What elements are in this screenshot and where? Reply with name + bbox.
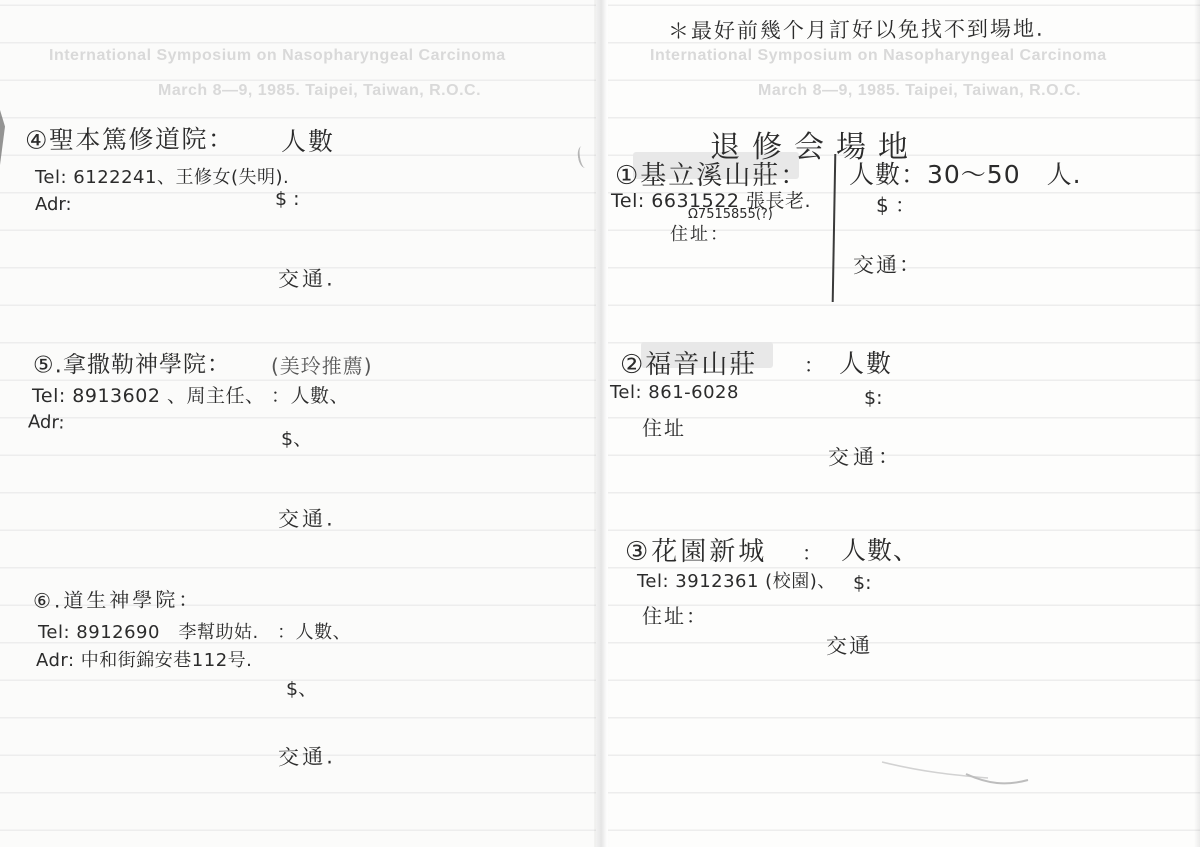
venue-5-fee-label: $、 xyxy=(281,424,312,451)
venue-2-name: ②福音山莊 xyxy=(620,344,757,381)
venue-1-capacity: 人數：30～50 人. xyxy=(849,155,1082,191)
venue-4-people-label: 人數 xyxy=(281,122,335,158)
venue-6-address: Adr: 中和街錦安巷112号. xyxy=(36,646,252,672)
letterhead-title-right: International Symposium on Nasopharyngea… xyxy=(650,47,1107,65)
venue-5-title: ⑤.拿撒勒神學院： xyxy=(33,345,231,379)
venue-5-address-label: Adr: xyxy=(28,411,65,433)
venue-3-address-label: 住址： xyxy=(642,600,708,629)
venue-5-transport-label: 交通. xyxy=(278,502,336,533)
venue-4-address-label: Adr: xyxy=(35,194,72,215)
venue-6-tel: Tel: 8912690 李幫助姑. ：人數、 xyxy=(38,618,351,644)
venue-4-title: ④聖本篤修道院： xyxy=(25,119,235,156)
venue-3-tel: Tel: 3912361 (校園)、 xyxy=(637,567,836,593)
venue-2-people-label: 人數 xyxy=(839,344,893,380)
venue-1-fee-label: $ ： xyxy=(876,189,915,218)
letterhead-date-left: March 8—9, 1985. Taipei, Taiwan, R.O.C. xyxy=(158,82,481,100)
venue-6-title: ⑥.道生神學院： xyxy=(33,583,202,613)
venue-2-fee-label: $: xyxy=(864,387,883,409)
venue-2-tel: Tel: 861-6028 xyxy=(610,382,739,403)
venue-3-fee-label: $: xyxy=(853,572,872,594)
venue-4-fee-label: $ : xyxy=(275,188,300,210)
venue-3-name: ③花園新城 xyxy=(625,531,767,568)
page-right-edge-shadow xyxy=(1194,0,1200,847)
venue-6-fee-label: $、 xyxy=(286,674,317,701)
venue-3-people-label: 人數、 xyxy=(841,531,919,567)
letterhead-date-right: March 8—9, 1985. Taipei, Taiwan, R.O.C. xyxy=(758,82,1081,100)
venue-1-transport-label: 交通： xyxy=(853,248,923,279)
venue-1-address-label: 住址： xyxy=(670,220,730,246)
venue-2-address-label: 住址 xyxy=(642,412,686,441)
venue-2-colon: ： xyxy=(804,349,824,378)
venue-4-tel: Tel: 6122241、王修女(失明). xyxy=(35,163,289,189)
venue-2-transport-label: 交通： xyxy=(828,440,904,471)
venue-6-transport-label: 交通. xyxy=(278,740,336,771)
venue-3-transport-label: 交通 xyxy=(826,629,873,660)
venue-5-recommendation-note: (美玲推薦) xyxy=(271,350,373,379)
booking-reminder-note: ＊最好前幾个月訂好以免找不到場地. xyxy=(668,13,1045,46)
letterhead-title-left: International Symposium on Nasopharyngea… xyxy=(49,47,506,65)
pen-scratch-mark xyxy=(878,742,1108,792)
venue-5-tel: Tel: 8913602 、周主任、 ：人數、 xyxy=(32,381,349,408)
page-gutter xyxy=(594,0,610,847)
venue-3-colon: ： xyxy=(802,537,822,566)
venue-4-transport-label: 交通. xyxy=(278,262,336,293)
